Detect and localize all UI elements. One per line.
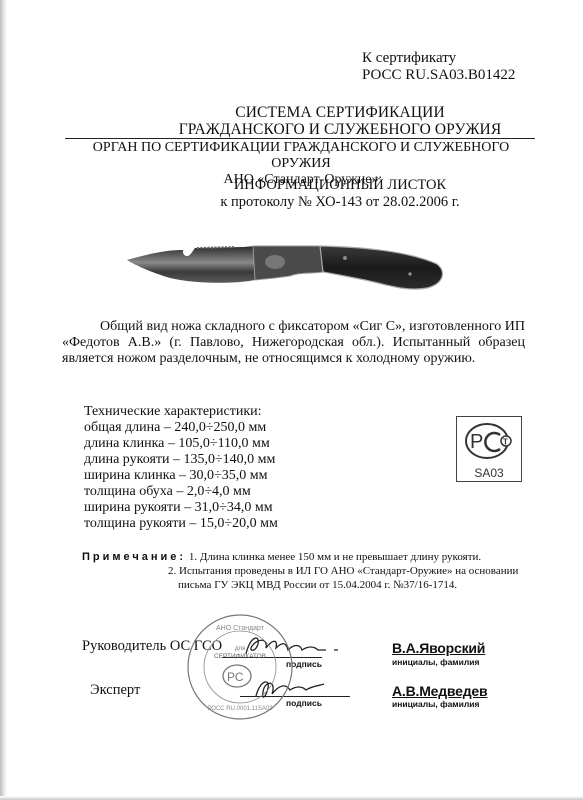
title-line1: ИНФОРМАЦИОННЫЙ ЛИСТОК — [140, 177, 540, 194]
spec-item: ширина рукояти – 31,0÷34,0 мм — [84, 500, 278, 516]
spec-item: толщина рукояти – 15,0÷20,0 мм — [84, 516, 278, 532]
svg-text:Р: Р — [470, 431, 483, 453]
mark-code: SA03 — [457, 466, 521, 480]
scan-edge-left — [0, 0, 7, 800]
system-header: СИСТЕМА СЕРТИФИКАЦИИ ГРАЖДАНСКОГО И СЛУЖ… — [140, 104, 540, 138]
spec-item: длина клинка – 105,0÷110,0 мм — [84, 436, 278, 452]
signatory-role: Эксперт — [90, 682, 140, 699]
certificate-reference: К сертификату РОСС RU.SA03.B01422 — [362, 50, 515, 84]
conformity-mark: Р T SA03 — [456, 416, 522, 482]
stamp-org: АНО Стандарт — [216, 625, 265, 632]
system-line1: СИСТЕМА СЕРТИФИКАЦИИ — [140, 104, 540, 121]
title-line2: к протоколу № ХО-143 от 28.02.2006 г. — [140, 194, 540, 211]
knife-photo — [125, 222, 445, 302]
signatory-name: А.В.Медведев — [392, 683, 487, 699]
spec-item: ширина клинка – 30,0÷35,0 мм — [84, 468, 278, 484]
notes: Примечание: 1. Длина клинка менее 150 мм… — [82, 550, 518, 592]
svg-text:РС: РС — [227, 670, 244, 684]
reference-line2: РОСС RU.SA03.B01422 — [362, 67, 515, 84]
stamp-reg-number: РОСС RU.0001.11SA03 — [207, 706, 273, 712]
spec-item: толщина обуха – 2,0÷4,0 мм — [84, 484, 278, 500]
official-stamp: для СЕРТИФИКАТОВ РС АНО Стандарт РОСС RU… — [185, 612, 295, 722]
stamp-for-label: для — [235, 646, 245, 652]
system-line2: ГРАЖДАНСКОГО И СЛУЖЕБНОГО ОРУЖИЯ — [140, 121, 540, 138]
specs-heading: Технические характеристики: — [84, 404, 278, 420]
technical-specs: Технические характеристики: общая длина … — [84, 404, 278, 532]
name-caption: инициалы, фамилия — [392, 699, 479, 709]
reference-line1: К сертификату — [362, 50, 515, 67]
spec-item: общая длина – 240,0÷250,0 мм — [84, 420, 278, 436]
knife-description: Общий вид ножа складного с фиксатором «С… — [62, 319, 525, 367]
spec-item: длина рукояти – 135,0÷140,0 мм — [84, 452, 278, 468]
header-divider — [65, 138, 535, 139]
notes-label: Примечание: — [82, 551, 186, 563]
organ-line1: ОРГАН ПО СЕРТИФИКАЦИИ ГРАЖДАНСКОГО И СЛУ… — [62, 140, 540, 172]
note-line1: 1. Длина клинка менее 150 мм и не превыш… — [189, 551, 481, 563]
note-line3: письма ГУ ЭКЦ МВД России от 15.04.2004 г… — [178, 578, 518, 592]
signatory-name: В.А.Яворский — [392, 640, 485, 656]
document-title: ИНФОРМАЦИОННЫЙ ЛИСТОК к протоколу № ХО-1… — [140, 177, 540, 211]
name-caption: инициалы, фамилия — [392, 657, 479, 667]
rst-logo-icon: Р T — [457, 417, 521, 465]
svg-text:T: T — [503, 438, 508, 447]
note-line2: 2. Испытания проведены в ИЛ ГО АНО «Стан… — [168, 564, 518, 578]
stamp-center-label: СЕРТИФИКАТОВ — [214, 653, 266, 660]
scan-edge-bottom — [0, 796, 583, 800]
